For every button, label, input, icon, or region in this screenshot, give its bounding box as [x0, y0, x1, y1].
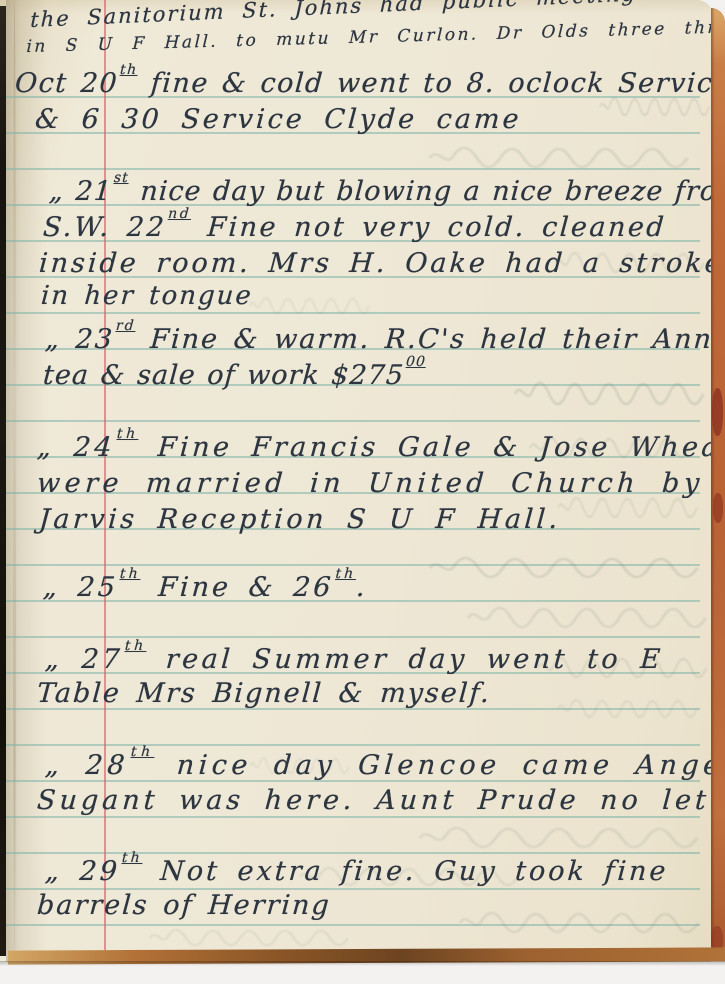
entry-oct29-line-2: barrels of Herring	[36, 890, 332, 921]
entry-oct21-line-1: „ 21st nice day but blowing a nice breez…	[48, 176, 725, 207]
entry-oct22-line-2: inside room. Mrs H. Oake had a stroke	[38, 248, 725, 279]
entry-oct27-line-1: „ 27th real Summer day went to E	[44, 644, 665, 675]
entry-oct23-line-2: tea & sale of work $27500	[42, 360, 427, 391]
entry-oct20-line-1: Oct 20th fine & cold went to 8. oclock S…	[14, 68, 725, 99]
open-notebook: the Sanitorium St. Johns had public meet…	[0, 0, 725, 966]
edge-stain	[713, 493, 723, 523]
entry-oct25-line-1: „ 25th Fine & 26th.	[42, 572, 369, 603]
page-block-edge-right	[711, 8, 725, 958]
entry-oct24-line-1: „ 24th Fine Francis Gale & Jose Wheaton	[36, 432, 725, 463]
entry-oct28-line-1: „ 28th nice day Glencoe came Angela	[44, 750, 725, 781]
entry-oct27-line-2: Table Mrs Bignell & myself.	[36, 678, 492, 709]
page-bottom-shadow	[0, 961, 725, 966]
edge-stain	[712, 388, 723, 436]
entry-oct22-line-3: in her tongue	[40, 281, 254, 311]
entry-oct20-line-2: & 6 30 Service Clyde came	[34, 104, 523, 135]
entry-oct23-line-1: „ 23rd Fine & warm. R.C's held their Ann…	[44, 324, 725, 355]
entry-oct24-line-3: Jarvis Reception S U F Hall.	[38, 504, 562, 535]
entry-oct28-line-2: Sugant was here. Aunt Prude no letter	[36, 785, 725, 816]
binding-edge	[0, 6, 6, 956]
entry-oct24-line-2: were married in United Church by Rev	[36, 468, 725, 499]
scanned-diary-photo: { "diary": { "lines": [ "the Sanitorium …	[0, 0, 725, 984]
entry-oct22-line-1: S.W. 22nd Fine not very cold. cleaned	[42, 212, 667, 243]
entry-oct29-line-1: „ 29th Not extra fine. Guy took fine	[44, 856, 670, 887]
